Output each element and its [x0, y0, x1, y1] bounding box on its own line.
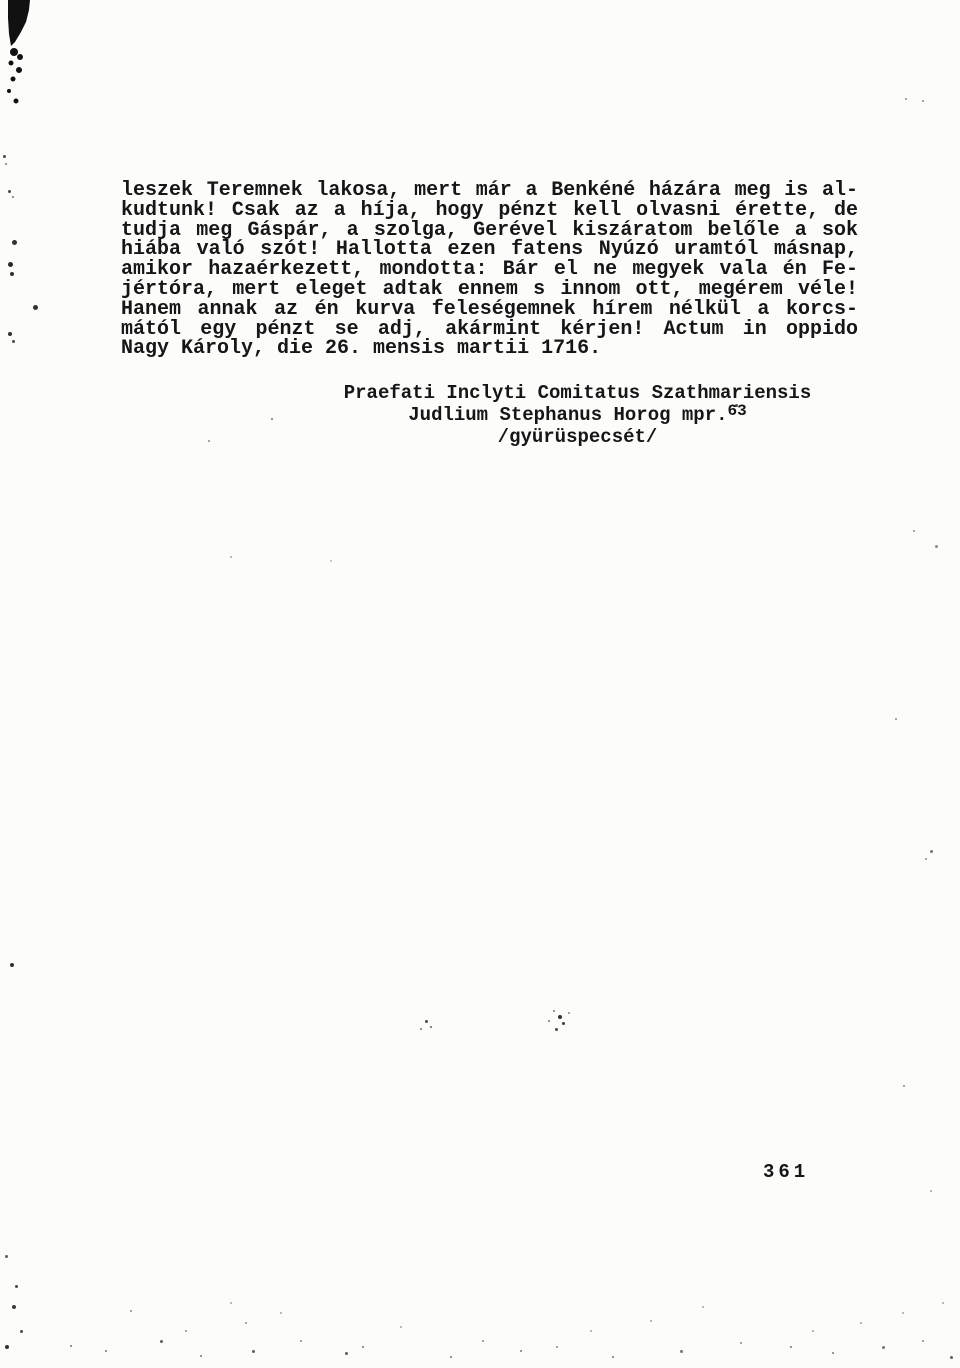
document-body: leszek Teremnek lakosa, mert már a Benké…: [121, 181, 858, 359]
signature-text: Judlium Stephanus Horog mpr.: [408, 404, 727, 426]
closing-line-authority: Praefati Inclyti Comitatus Szathmariensi…: [255, 383, 900, 405]
scanned-document-page: leszek Teremnek lakosa, mert már a Benké…: [0, 0, 960, 1368]
body-line-6: jértóra, mert eleget adtak ennem s innom…: [121, 280, 858, 300]
ink-blob-artifact: [0, 0, 60, 130]
closing-block: Praefati Inclyti Comitatus Szathmariensi…: [255, 383, 900, 448]
closing-line-signature: Judlium Stephanus Horog mpr.63: [255, 405, 900, 427]
body-line-2: kudtunk! Csak az a híja, hogy pénzt kell…: [121, 201, 858, 221]
body-line-9: Nagy Károly, die 26. mensis martii 1716.: [121, 339, 858, 359]
body-line-1: leszek Teremnek lakosa, mert már a Benké…: [121, 181, 858, 201]
page-number: 361: [763, 1161, 809, 1183]
closing-line-seal-note: /gyürüspecsét/: [255, 427, 900, 449]
body-line-5: amikor hazaérkezett, mondotta: Bár el ne…: [121, 260, 858, 280]
body-line-7: Hanem annak az én kurva feleségemnek hír…: [121, 300, 858, 320]
footnote-reference: 63: [728, 402, 747, 420]
